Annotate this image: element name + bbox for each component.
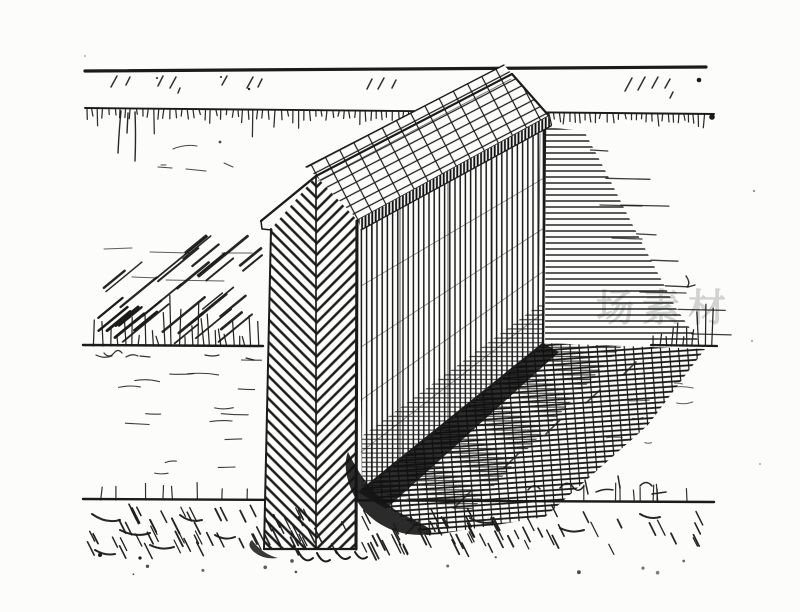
stroke bbox=[678, 115, 679, 123]
stroke bbox=[215, 331, 216, 347]
stroke bbox=[693, 115, 694, 123]
speck bbox=[133, 573, 135, 575]
stroke bbox=[338, 112, 339, 117]
stroke bbox=[174, 540, 180, 553]
stroke bbox=[129, 110, 130, 119]
stroke bbox=[172, 486, 173, 500]
stroke bbox=[238, 111, 239, 117]
midground-left-grass bbox=[83, 236, 263, 500]
stroke bbox=[216, 110, 217, 115]
speck bbox=[138, 556, 141, 559]
stroke bbox=[215, 408, 234, 409]
stroke bbox=[554, 114, 555, 120]
stroke bbox=[180, 309, 181, 346]
watermark: 场素材 bbox=[596, 288, 734, 330]
left-terrace-line bbox=[83, 345, 263, 346]
speck bbox=[146, 565, 149, 568]
stroke bbox=[225, 439, 242, 440]
stroke bbox=[658, 115, 659, 127]
stroke bbox=[671, 533, 676, 543]
stroke bbox=[321, 111, 322, 116]
stroke bbox=[645, 443, 652, 444]
stroke bbox=[684, 115, 685, 121]
stroke bbox=[250, 505, 256, 516]
stroke bbox=[579, 114, 580, 123]
stroke bbox=[184, 539, 190, 552]
stroke bbox=[666, 337, 667, 346]
stroke bbox=[232, 111, 233, 118]
stroke bbox=[633, 490, 634, 501]
stroke bbox=[158, 110, 159, 119]
stroke bbox=[102, 322, 103, 346]
end-face-right-hatch bbox=[316, 176, 357, 549]
stroke bbox=[233, 321, 235, 346]
stroke bbox=[326, 111, 327, 120]
stroke bbox=[665, 286, 688, 287]
stroke bbox=[349, 112, 350, 118]
stroke bbox=[187, 110, 188, 119]
stroke bbox=[282, 111, 283, 120]
stroke bbox=[240, 248, 261, 265]
stroke bbox=[310, 111, 311, 120]
stroke bbox=[538, 528, 542, 537]
stroke bbox=[163, 110, 164, 118]
stroke bbox=[452, 540, 459, 554]
stroke bbox=[355, 112, 356, 118]
stroke bbox=[365, 112, 366, 121]
wall-end-face bbox=[261, 176, 357, 549]
stroke bbox=[274, 111, 275, 127]
left-ground-tufts bbox=[101, 483, 248, 500]
stroke bbox=[515, 531, 519, 539]
right-terrace-line bbox=[651, 345, 717, 346]
speck bbox=[98, 553, 102, 557]
stroke bbox=[161, 511, 167, 522]
stroke bbox=[677, 402, 693, 404]
stroke bbox=[125, 110, 126, 118]
stroke bbox=[176, 110, 177, 118]
stroke bbox=[125, 423, 149, 424]
stroke bbox=[257, 111, 258, 119]
stroke bbox=[165, 461, 176, 463]
stroke bbox=[124, 318, 126, 346]
bank-hanging-strands bbox=[118, 111, 136, 161]
stroke bbox=[649, 523, 655, 535]
stroke bbox=[238, 389, 254, 390]
stroke bbox=[137, 110, 138, 115]
stroke bbox=[258, 322, 259, 347]
stroke bbox=[563, 114, 564, 124]
stroke bbox=[137, 507, 141, 515]
stroke bbox=[480, 534, 486, 546]
stroke bbox=[668, 115, 669, 122]
stroke bbox=[92, 109, 93, 116]
speck bbox=[84, 55, 86, 57]
bank-top-line-end-dot bbox=[697, 78, 702, 83]
speck bbox=[219, 141, 222, 144]
stroke bbox=[381, 112, 382, 120]
stroke bbox=[703, 115, 704, 128]
stroke bbox=[257, 527, 264, 541]
speck bbox=[295, 571, 298, 574]
stroke bbox=[242, 111, 243, 123]
stroke bbox=[456, 535, 463, 549]
stroke bbox=[145, 313, 146, 346]
stroke bbox=[618, 519, 622, 527]
stroke bbox=[152, 331, 153, 346]
stroke bbox=[163, 313, 165, 346]
speck bbox=[577, 570, 581, 574]
bank-second-line bbox=[85, 108, 714, 114]
speck bbox=[201, 569, 204, 572]
stroke bbox=[155, 473, 168, 474]
stroke bbox=[658, 520, 666, 535]
stroke bbox=[268, 111, 269, 119]
right-ground-tufts bbox=[584, 483, 687, 501]
stroke bbox=[262, 111, 263, 118]
left-dirt-marks bbox=[119, 360, 262, 474]
stroke bbox=[495, 531, 503, 547]
stroke bbox=[193, 110, 194, 118]
speck bbox=[682, 560, 685, 563]
stroke bbox=[609, 544, 614, 554]
stroke bbox=[676, 387, 693, 388]
bank-top-line bbox=[85, 67, 706, 71]
stroke bbox=[488, 544, 492, 553]
stroke bbox=[248, 111, 249, 120]
stroke bbox=[508, 536, 514, 547]
speck bbox=[263, 566, 267, 570]
stroke bbox=[625, 114, 626, 119]
scribble-marks bbox=[158, 145, 233, 171]
stroke bbox=[102, 109, 103, 118]
stroke bbox=[613, 114, 614, 123]
stroke bbox=[121, 278, 157, 307]
foreground-dots bbox=[133, 556, 686, 575]
stroke bbox=[170, 295, 171, 346]
stroke bbox=[695, 523, 700, 534]
stroke bbox=[560, 114, 561, 122]
stroke bbox=[662, 115, 663, 121]
wall-base-grass-curls bbox=[298, 551, 367, 561]
stroke bbox=[591, 522, 598, 536]
stroke bbox=[243, 255, 262, 271]
stroke bbox=[147, 110, 148, 117]
stroke bbox=[221, 508, 227, 521]
stroke bbox=[215, 509, 221, 521]
engraving-figure: 场素材 bbox=[0, 0, 800, 612]
stroke bbox=[113, 537, 118, 547]
stroke bbox=[198, 303, 199, 346]
stroke bbox=[131, 509, 138, 523]
stroke bbox=[181, 110, 182, 116]
stroke bbox=[462, 543, 469, 556]
speck bbox=[759, 463, 761, 465]
stroke bbox=[525, 541, 529, 549]
stroke bbox=[371, 112, 372, 121]
stroke bbox=[218, 329, 221, 346]
stroke bbox=[154, 110, 155, 134]
stroke bbox=[373, 536, 378, 546]
engraving-canvas: 场素材 bbox=[0, 0, 800, 612]
stroke bbox=[206, 258, 233, 280]
stroke bbox=[333, 112, 334, 118]
stroke bbox=[217, 533, 224, 547]
stroke bbox=[242, 337, 245, 346]
stroke bbox=[93, 320, 94, 346]
stroke bbox=[583, 512, 588, 523]
stroke bbox=[288, 111, 289, 116]
right-small-scribble bbox=[686, 276, 695, 287]
stroke bbox=[523, 527, 530, 541]
speck bbox=[248, 88, 250, 90]
stroke bbox=[116, 110, 117, 116]
stroke bbox=[637, 234, 656, 235]
speck bbox=[290, 559, 294, 563]
stroke bbox=[696, 512, 703, 525]
stroke bbox=[240, 511, 246, 522]
stroke bbox=[362, 543, 367, 552]
stroke bbox=[88, 542, 95, 555]
stroke bbox=[210, 421, 232, 422]
speck bbox=[753, 190, 755, 192]
stroke bbox=[249, 316, 251, 346]
stroke bbox=[651, 260, 678, 261]
speck bbox=[641, 567, 644, 570]
stroke bbox=[135, 380, 160, 382]
stroke bbox=[221, 414, 248, 415]
speck bbox=[156, 77, 158, 79]
stroke bbox=[653, 485, 654, 501]
stroke bbox=[575, 114, 576, 123]
stroke bbox=[163, 486, 164, 500]
stroke bbox=[239, 539, 244, 548]
speck bbox=[220, 76, 222, 78]
stroke bbox=[207, 533, 213, 545]
stroke bbox=[606, 178, 650, 179]
bank-second-line-end-dot bbox=[709, 114, 715, 120]
stroke bbox=[686, 489, 687, 501]
stroke bbox=[344, 112, 345, 119]
left-under-squiggles bbox=[96, 351, 254, 361]
bank-top-tick-marks bbox=[111, 76, 673, 98]
speck bbox=[495, 556, 497, 558]
stroke bbox=[599, 114, 600, 119]
speck bbox=[446, 565, 449, 568]
stroke bbox=[119, 386, 141, 387]
stroke bbox=[199, 110, 200, 114]
speck bbox=[656, 571, 660, 575]
stroke bbox=[207, 314, 209, 346]
stroke bbox=[590, 114, 591, 122]
speck bbox=[751, 340, 753, 342]
